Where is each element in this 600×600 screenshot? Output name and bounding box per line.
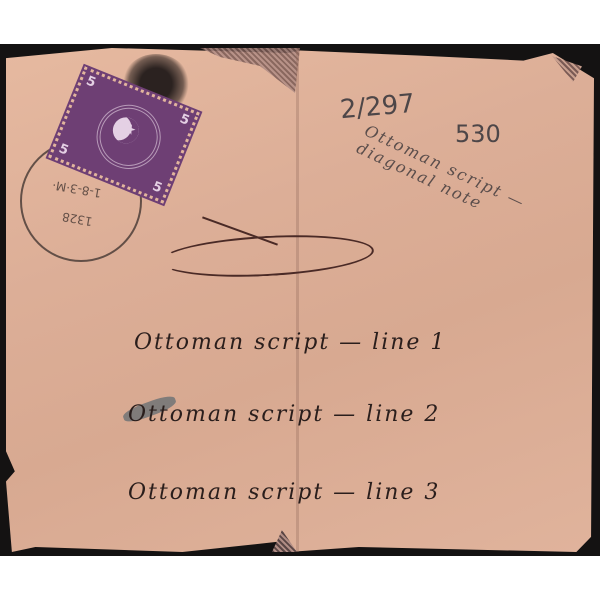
address-line-3: Ottoman script — line 3 xyxy=(128,480,440,505)
stamp-denomination: 5 xyxy=(84,74,98,91)
center-fold-line xyxy=(296,48,299,552)
stamp-denomination: 5 xyxy=(177,111,191,128)
stamp-denomination: 5 xyxy=(57,141,71,158)
pencil-note-number: 530 xyxy=(455,120,501,148)
postmark-year-text: 1328 xyxy=(61,209,94,228)
address-line-2: Ottoman script — line 2 xyxy=(128,402,440,427)
address-line-1: Ottoman script — line 1 xyxy=(134,330,446,355)
stamp-denomination: 5 xyxy=(150,179,164,196)
postmark-date-text: 1-8-3·M· xyxy=(51,178,102,200)
